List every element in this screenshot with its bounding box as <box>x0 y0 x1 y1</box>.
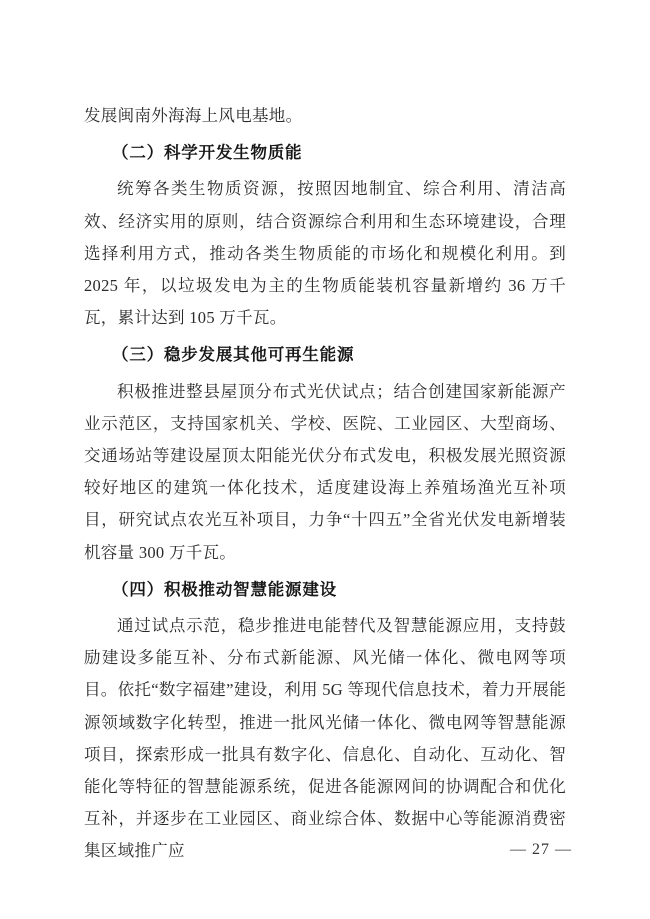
paragraph-continuation: 发展闽南外海海上风电基地。 <box>84 100 566 132</box>
paragraph-biomass: 统筹各类生物质资源，按照因地制宜、综合利用、清洁高效、经济实用的原则，结合资源综… <box>84 173 566 334</box>
section-heading-4: （四）积极推动智慧能源建设 <box>84 574 566 606</box>
section-heading-3: （三）稳步发展其他可再生能源 <box>84 339 566 371</box>
section-heading-2: （二）科学开发生物质能 <box>84 137 566 169</box>
page-number: — 27 — <box>510 841 572 859</box>
paragraph-smart-energy: 通过试点示范，稳步推进电能替代及智慧能源应用，支持鼓励建设多能互补、分布式新能源… <box>84 610 566 868</box>
document-page: 发展闽南外海海上风电基地。 （二）科学开发生物质能 统筹各类生物质资源，按照因地… <box>0 0 650 919</box>
document-body: 发展闽南外海海上风电基地。 （二）科学开发生物质能 统筹各类生物质资源，按照因地… <box>84 0 566 868</box>
paragraph-other-renewables: 积极推进整县屋顶分布式光伏试点；结合创建国家新能源产业示范区，支持国家机关、学校… <box>84 376 566 569</box>
